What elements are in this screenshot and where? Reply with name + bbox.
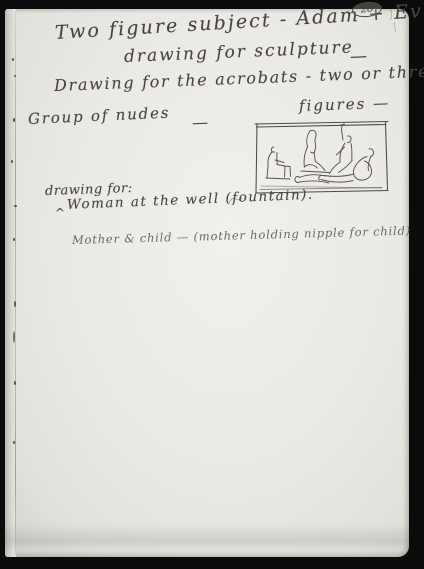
figure-center-seated-woman (301, 130, 329, 172)
group-of-nude-figures-sketch (251, 116, 391, 200)
binding-seam (15, 11, 16, 555)
paper-speck (13, 238, 15, 241)
insertion-caret: ^ (55, 206, 66, 220)
faint-pencil-marks-icon (386, 6, 402, 36)
paper-speck (12, 58, 14, 61)
paper-speck (11, 160, 13, 163)
paper-speck (13, 118, 15, 122)
figure-right-reclining (319, 149, 374, 182)
sketch-frame (255, 122, 388, 194)
page-number: 28 (360, 3, 374, 15)
handwritten-line-4: figures — (299, 94, 391, 115)
paper-speck (14, 301, 16, 307)
handwritten-dash-2: — (192, 112, 209, 132)
paper-speck (13, 331, 15, 343)
paper-speck (14, 205, 17, 207)
figure-left-seated (266, 147, 291, 179)
paper-speck (14, 75, 16, 77)
page-bottom-shadow (5, 523, 409, 549)
paper-speck (13, 441, 15, 444)
paper-speck (14, 381, 16, 385)
figure-raised-arm (330, 124, 353, 174)
sketchbook-scan: Two figure subject - Adam + Eve drawing … (0, 0, 424, 569)
figure-bottom-reclining (261, 175, 381, 188)
stray-pencil-mark (227, 194, 245, 208)
